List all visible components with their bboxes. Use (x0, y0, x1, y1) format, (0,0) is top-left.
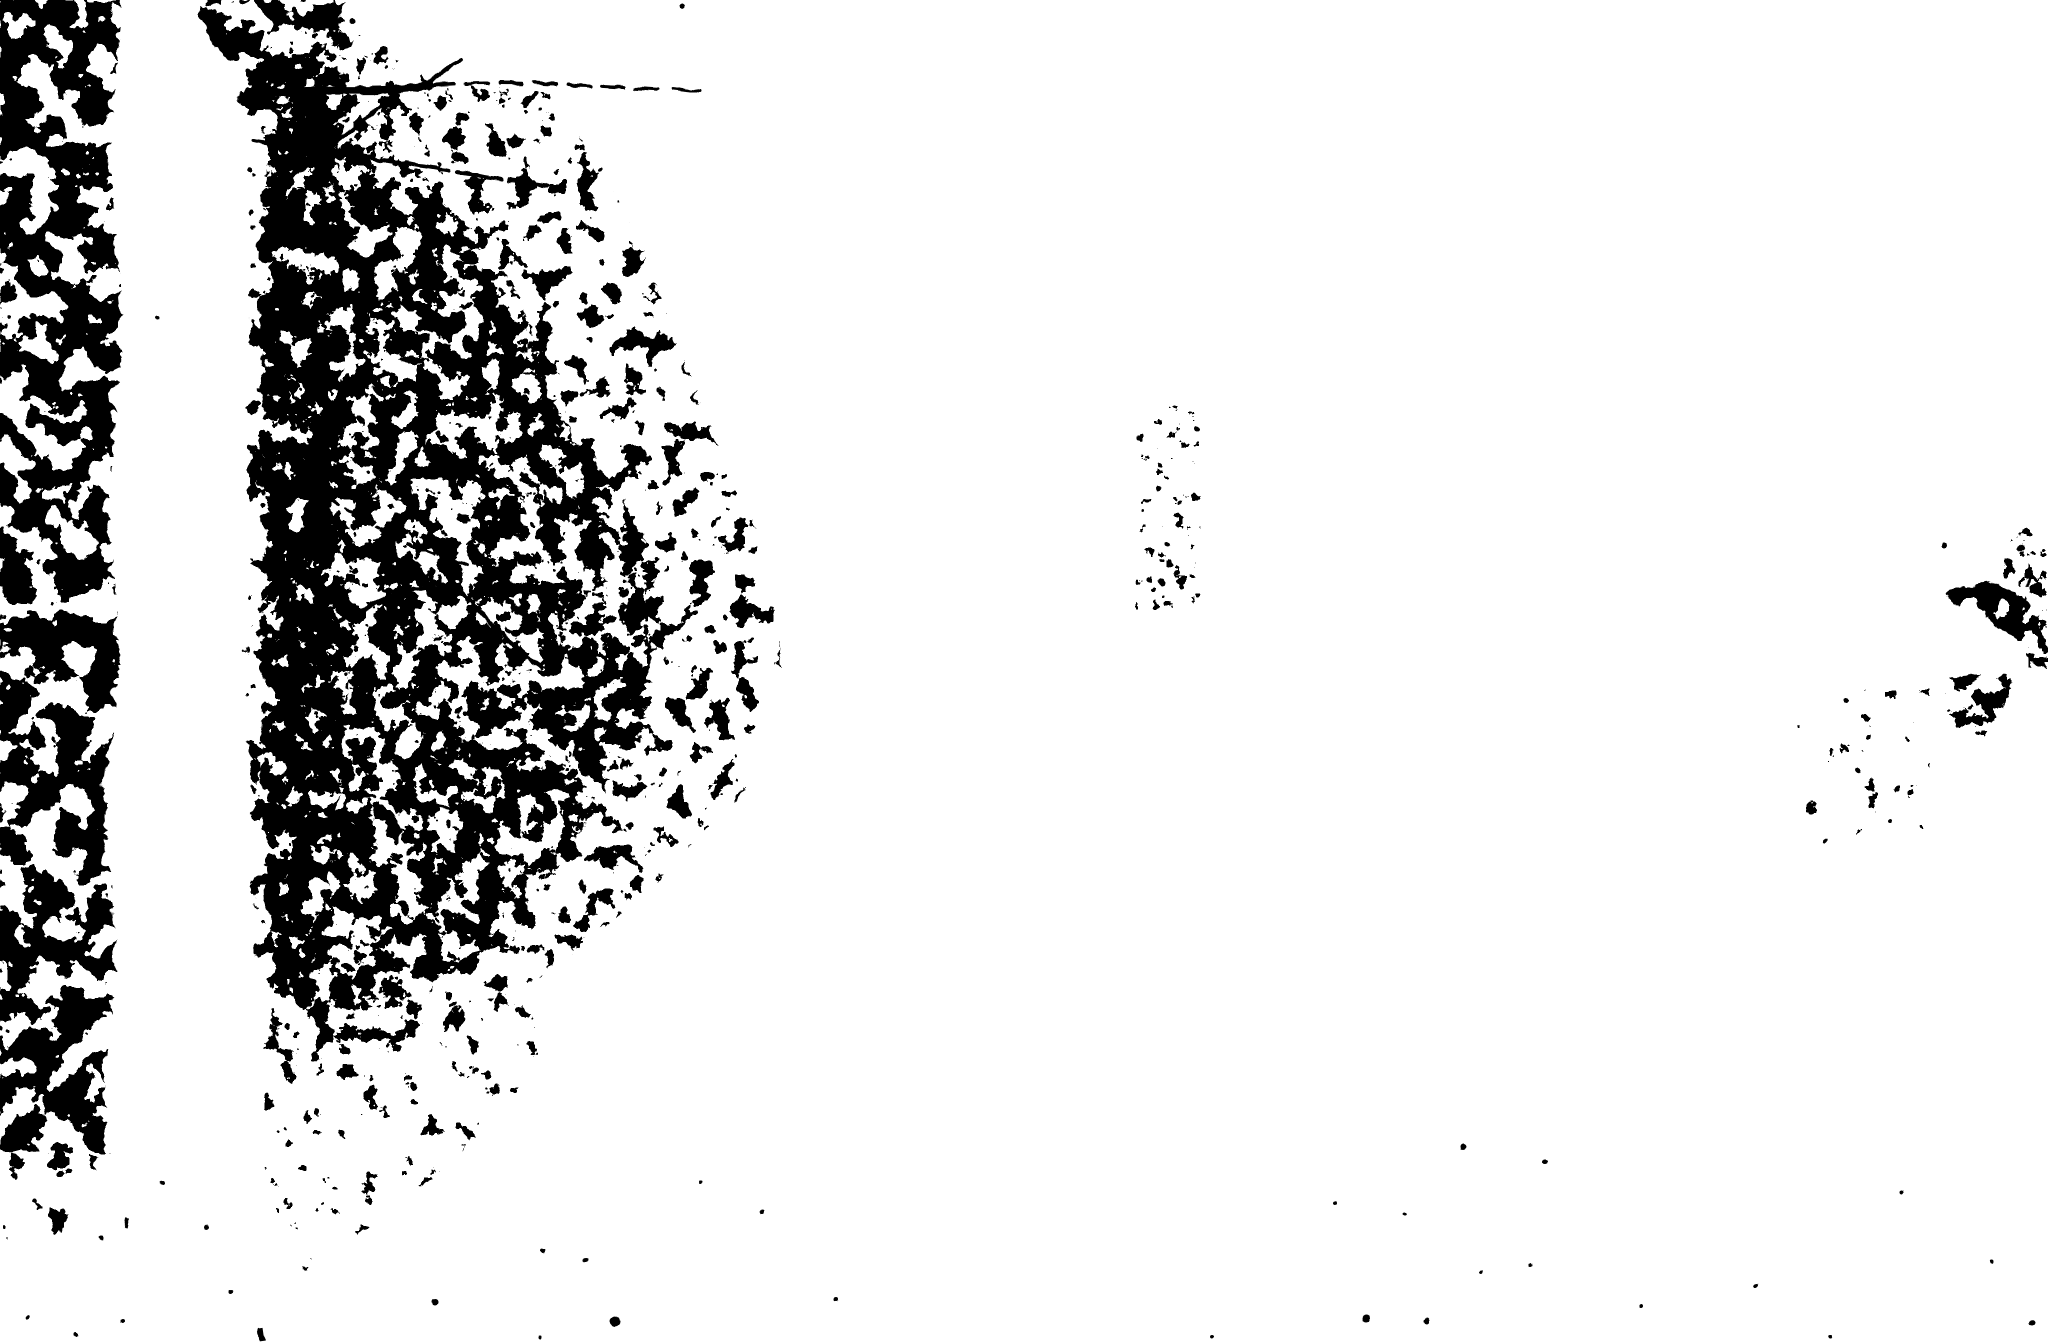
speck-dot-18 (1855, 767, 1861, 773)
speck-dot-20 (1844, 698, 1849, 703)
scene-svg (0, 0, 2048, 1342)
speck-dot-31 (431, 1299, 437, 1305)
speck-dot-47 (1543, 1160, 1547, 1164)
speck-dot-52 (1990, 1260, 1994, 1264)
speck-dot-44 (1459, 1143, 1465, 1149)
speck-dot-41 (1362, 1314, 1370, 1322)
speck-dot-19 (1870, 782, 1874, 786)
speck-dot-34 (610, 1317, 620, 1327)
speck-dot-22 (1823, 838, 1827, 842)
speck-dot-43 (1424, 1318, 1430, 1324)
speck-dot-1 (349, 17, 355, 23)
speck-dot-46 (1528, 1262, 1532, 1266)
speck-dot-24 (100, 1236, 104, 1240)
binarized-forest-photograph (0, 0, 2048, 1342)
speck-dot-51 (1899, 1189, 1903, 1193)
right-sparse-spray (1800, 688, 1932, 834)
speck-dot-36 (760, 1210, 764, 1214)
speck-dot-37 (538, 1336, 542, 1340)
speck-dot-15 (1162, 596, 1165, 599)
speck-dot-45 (1478, 1269, 1482, 1273)
speck-dot-38 (834, 1298, 838, 1302)
speck-dot-35 (698, 1180, 702, 1184)
speck-dot-27 (230, 1290, 234, 1294)
speck-dot-32 (541, 1250, 545, 1254)
speck-dot-21 (1888, 820, 1892, 824)
speck-dot-3 (598, 168, 602, 172)
speck-dot-50 (1829, 1334, 1833, 1338)
mid-speck-drip (1138, 406, 1202, 610)
speck-dot-26 (203, 1224, 209, 1230)
speck-dot-11 (1160, 558, 1164, 562)
speck-dot-23 (59, 1209, 65, 1215)
speck-dot-8 (1178, 500, 1182, 504)
speck-dot-40 (1332, 1202, 1336, 1206)
speck-dot-2 (538, 106, 542, 110)
speck-dot-30 (73, 1333, 77, 1337)
speck-dot-4 (156, 316, 160, 320)
speck-dot-7 (1157, 486, 1162, 491)
speck-dot-17 (2018, 545, 2024, 551)
speck-dot-28 (120, 1320, 124, 1324)
speck-dot-6 (1158, 463, 1162, 467)
speck-dot-14 (1177, 582, 1181, 586)
speck-dot-33 (584, 1258, 588, 1262)
speck-dot-53 (2029, 1319, 2035, 1325)
speck-dot-12 (1175, 571, 1180, 576)
speck-dot-49 (1754, 1284, 1758, 1288)
right-edge-bits (2030, 556, 2048, 666)
speck-dot-29 (26, 1316, 31, 1321)
speck-dot-42 (1402, 1212, 1406, 1216)
speck-dot-16 (1942, 543, 1947, 548)
speck-dot-0 (680, 3, 686, 9)
speck-dot-5 (1194, 427, 1200, 433)
speck-dot-9 (1141, 509, 1144, 512)
speck-dot-48 (1639, 1304, 1643, 1308)
speck-dot-25 (160, 1180, 164, 1184)
speck-dot-13 (1158, 578, 1166, 586)
left-trunk-band (0, 0, 124, 1152)
speck-dot-39 (1210, 1335, 1214, 1339)
speck-dot-10 (1165, 542, 1170, 547)
